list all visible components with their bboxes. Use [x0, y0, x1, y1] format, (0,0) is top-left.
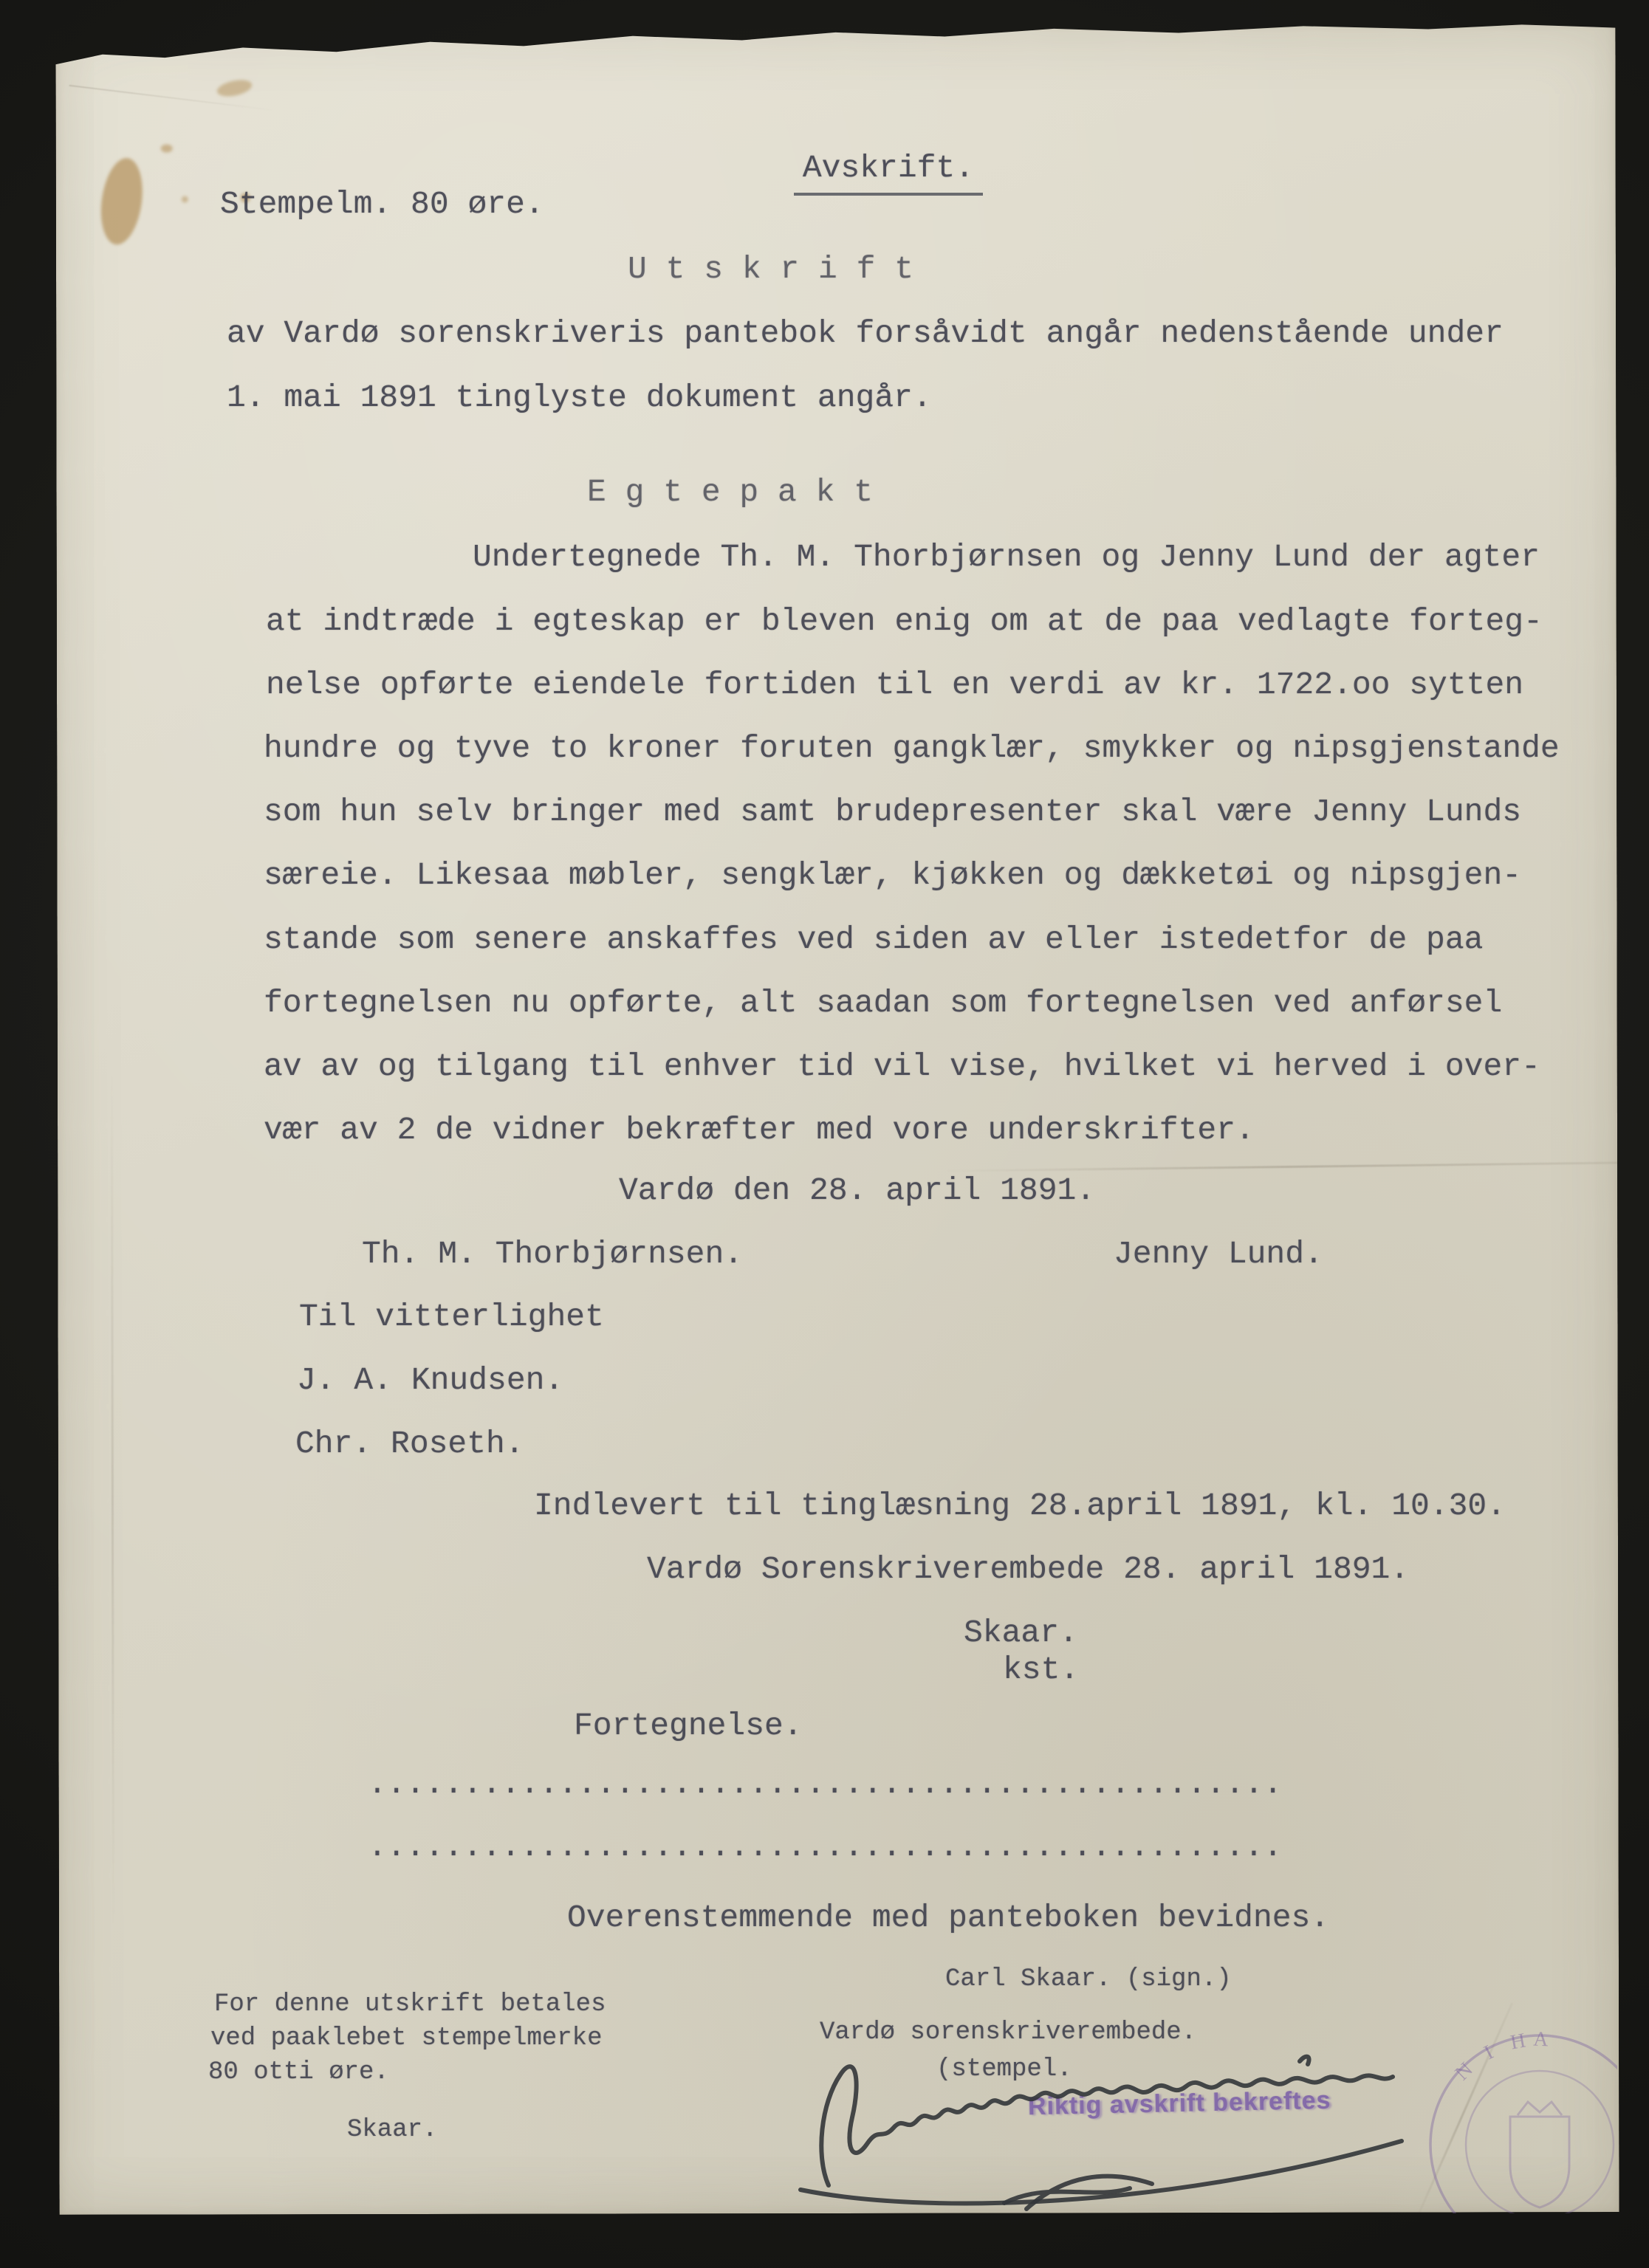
- fee-note-line2: ved paaklebet stempelmerke: [210, 2026, 603, 2051]
- doc-body-line1: Undertegnede Th. M. Thorbjørnsen og Jenn…: [473, 541, 1540, 573]
- handwritten-signature: [783, 2032, 1447, 2213]
- paper-stain-large: [96, 156, 148, 247]
- signature-name-groom: Th. M. Thorbjørnsen.: [362, 1238, 743, 1270]
- doc-copy-label-text: Avskrift.: [794, 150, 983, 196]
- signature-main-stroke: [821, 2066, 1393, 2185]
- doc-copy-label: Avskrift.: [679, 120, 983, 216]
- fold-crease-vertical: [111, 1072, 114, 1928]
- paper-stain-dot3: [182, 196, 188, 203]
- fee-note-line1: For denne utskrift betales: [214, 1992, 606, 2017]
- doc-body-line3: nelse opførte eiendele fortiden til en v…: [266, 669, 1523, 701]
- signature-accent-stroke: [1300, 2057, 1309, 2064]
- round-stamp-crest: [1510, 2102, 1569, 2207]
- doc-stamp-duty-note: Stempelm. 80 øre.: [220, 188, 544, 220]
- doc-dateline: Vardø den 28. april 1891.: [619, 1175, 1095, 1206]
- clerk-name: Skaar.: [964, 1617, 1078, 1649]
- dotted-line-2: ........................................…: [368, 1831, 1283, 1863]
- witness-name-1: J. A. Knudsen.: [297, 1364, 563, 1396]
- scanned-document-page: Avskrift. Stempelm. 80 øre. U t s k r i …: [0, 0, 1649, 2268]
- doc-body-line2: at indtræde i egteskap er bleven enig om…: [266, 605, 1543, 637]
- round-stamp-arc-text: N I HA: [1450, 2028, 1555, 2086]
- office-dateline: Vardø Sorenskriverembede 28. april 1891.: [647, 1553, 1409, 1585]
- clerk-title: kst.: [1003, 1654, 1079, 1685]
- doc-body-line7: stande som senere anskaffes ved siden av…: [264, 924, 1483, 955]
- doc-body-line6: særeie. Likesaa møbler, sengklær, kjøkke…: [264, 859, 1521, 891]
- paper-stain-blob: [216, 78, 253, 100]
- svg-text:N I HA: N I HA: [1450, 2028, 1555, 2086]
- witness-heading: Til vitterlighet: [299, 1301, 604, 1333]
- doc-body-line5: som hun selv bringer med samt brudeprese…: [264, 796, 1521, 828]
- doc-heading-egtepakt: E g t e p a k t: [587, 476, 873, 508]
- paper-stain-dot1: [161, 145, 173, 153]
- doc-body-line10: vær av 2 de vidner bekræfter med vore un…: [264, 1114, 1255, 1146]
- filing-note: Indlevert til tinglæsning 28.april 1891,…: [534, 1490, 1506, 1522]
- fortegnelse-heading: Fortegnelse.: [574, 1710, 803, 1742]
- clerk-name-bottom-left: Skaar.: [347, 2117, 437, 2142]
- fold-crease-horizontal: [945, 1161, 1632, 1172]
- signer-carl-skaar: Carl Skaar. (sign.): [945, 1967, 1232, 1992]
- fee-note-line3: 80 otti øre.: [208, 2060, 389, 2085]
- dotted-line-1: ........................................…: [368, 1768, 1283, 1800]
- doc-intro-line2: 1. mai 1891 tinglyste dokument angår.: [227, 382, 932, 413]
- doc-intro-line1: av Vardø sorenskriveris pantebok forsåvi…: [227, 317, 1504, 349]
- doc-body-line4: hundre og tyve to kroner foruten gangklæ…: [264, 732, 1560, 764]
- doc-title-utskrift: U t s k r i f t: [628, 253, 913, 285]
- doc-body-line9: av av og tilgang til enhver tid vil vise…: [264, 1051, 1540, 1082]
- attestation-line: Overenstemmende med panteboken bevidnes.: [567, 1902, 1329, 1934]
- witness-name-2: Chr. Roseth.: [295, 1428, 524, 1460]
- round-office-stamp: N I HA: [1407, 2004, 1617, 2213]
- doc-body-line8: fortegnelsen nu opførte, alt saadan som …: [264, 987, 1502, 1019]
- signature-name-bride: Jenny Lund.: [1114, 1238, 1323, 1270]
